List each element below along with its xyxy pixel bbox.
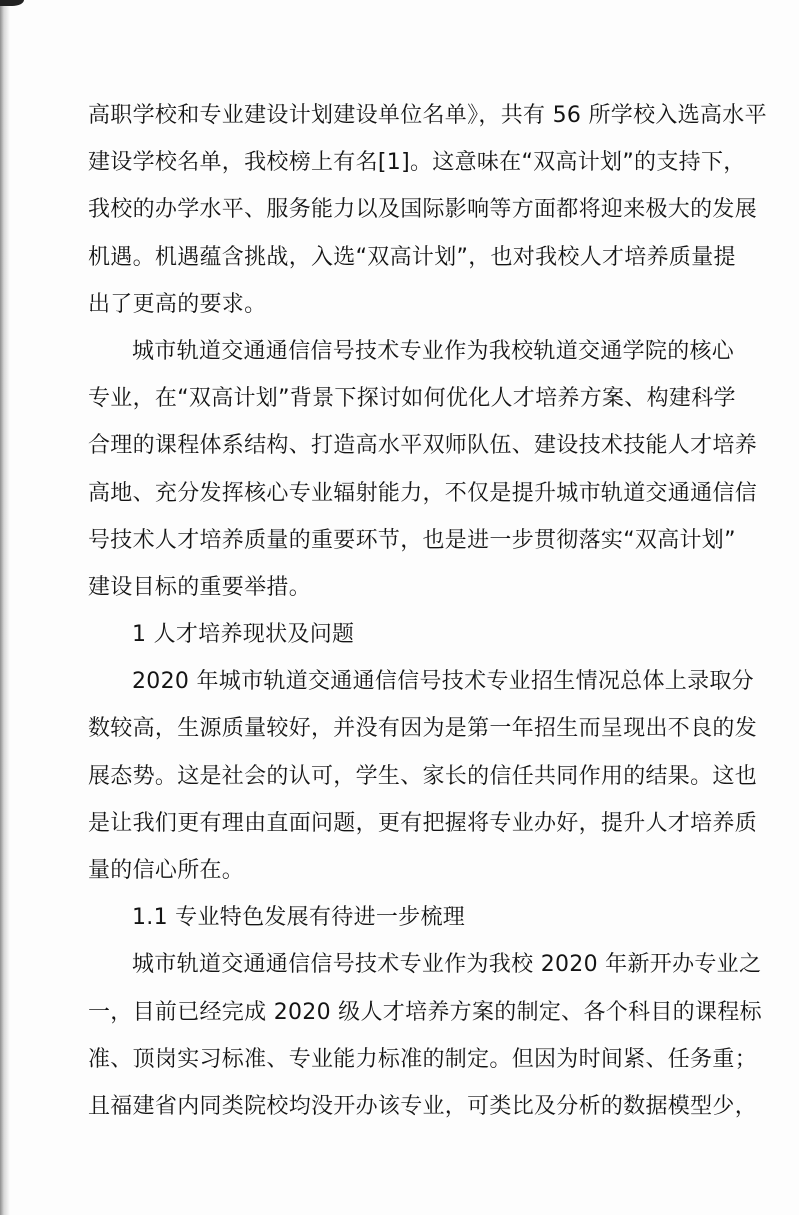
- text-line: 机遇。机遇蕴含挑战，入选“双高计划”，也对我校人才培养质量提: [88, 234, 716, 281]
- paragraph-new-major: 城市轨道交通通信信号技术专业作为我校 2020 年新开办专业之 一，目前已经完成…: [88, 941, 716, 1130]
- page-edge-shadow: [0, 0, 10, 1215]
- section-heading-1: 1 人才培养现状及问题: [88, 611, 716, 658]
- document-page: 高职学校和专业建设计划建设单位名单》，共有 56 所学校入选高水平 建设学校名单…: [88, 92, 716, 1130]
- text-line: 号技术人才培养质量的重要环节，也是进一步贯彻落实“双高计划”: [88, 517, 716, 564]
- text-line: 建设学校名单，我校榜上有名[1]。这意味在“双高计划”的支持下，: [88, 139, 716, 186]
- text-line: 城市轨道交通通信信号技术专业作为我校轨道交通学院的核心: [88, 328, 716, 375]
- text-line: 数较高，生源质量较好，并没有因为是第一年招生而呈现出不良的发: [88, 705, 716, 752]
- text-line: 专业，在“双高计划”背景下探讨如何优化人才培养方案、构建科学: [88, 375, 716, 422]
- text-line: 我校的办学水平、服务能力以及国际影响等方面都将迎来极大的发展: [88, 186, 716, 233]
- text-line: 准、顶岗实习标准、专业能力标准的制定。但因为时间紧、任务重；: [88, 1036, 716, 1083]
- paragraph-core-major: 城市轨道交通通信信号技术专业作为我校轨道交通学院的核心 专业，在“双高计划”背景…: [88, 328, 716, 611]
- text-line: 量的信心所在。: [88, 847, 716, 894]
- text-line: 且福建省内同类院校均没开办该专业，可类比及分析的数据模型少，: [88, 1083, 716, 1130]
- text-line: 是让我们更有理由直面问题，更有把握将专业办好，提升人才培养质: [88, 800, 716, 847]
- text-line: 城市轨道交通通信信号技术专业作为我校 2020 年新开办专业之: [88, 941, 716, 988]
- text-line: 出了更高的要求。: [88, 281, 716, 328]
- paragraph-intro-continuation: 高职学校和专业建设计划建设单位名单》，共有 56 所学校入选高水平 建设学校名单…: [88, 92, 716, 328]
- corner-mark: [0, 0, 24, 6]
- text-line: 建设目标的重要举措。: [88, 564, 716, 611]
- text-line: 高地、充分发挥核心专业辐射能力，不仅是提升城市轨道交通通信信: [88, 470, 716, 517]
- text-line: 高职学校和专业建设计划建设单位名单》，共有 56 所学校入选高水平: [88, 92, 716, 139]
- text-line: 2020 年城市轨道交通通信信号技术专业招生情况总体上录取分: [88, 658, 716, 705]
- text-line: 合理的课程体系结构、打造高水平双师队伍、建设技术技能人才培养: [88, 422, 716, 469]
- section-heading-1-1: 1.1 专业特色发展有待进一步梳理: [88, 894, 716, 941]
- text-line: 展态势。这是社会的认可，学生、家长的信任共同作用的结果。这也: [88, 753, 716, 800]
- paragraph-enrollment: 2020 年城市轨道交通通信信号技术专业招生情况总体上录取分 数较高，生源质量较…: [88, 658, 716, 894]
- text-line: 一，目前已经完成 2020 级人才培养方案的制定、各个科目的课程标: [88, 989, 716, 1036]
